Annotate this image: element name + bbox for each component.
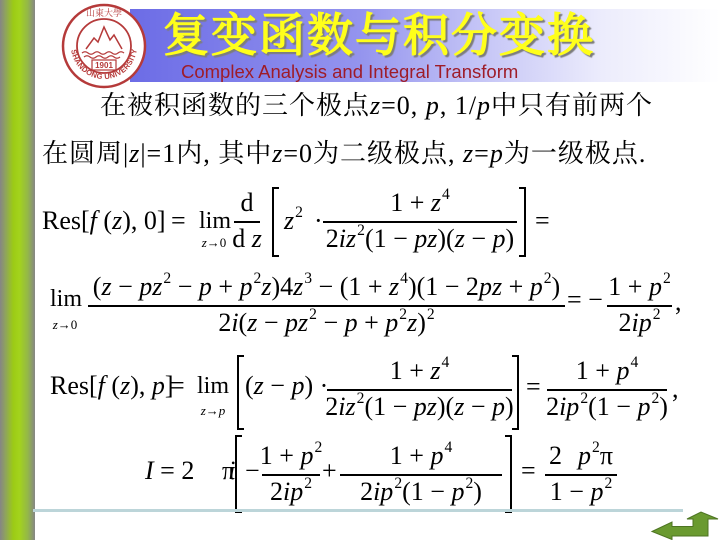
math-variable: z — [430, 356, 440, 385]
math-variable: z — [247, 308, 257, 337]
math-variable: p — [385, 308, 398, 337]
math-text: )4 — [271, 272, 293, 301]
fraction-denominator: 2ip2(1 − p2) — [310, 478, 532, 506]
math-text: = 2 — [154, 456, 195, 485]
math-text: ) — [659, 392, 668, 421]
math-text: ( — [105, 371, 120, 400]
math-text: π — [600, 441, 613, 470]
math-variable: ip — [373, 477, 393, 506]
fraction-numerator: 1 + p4 — [310, 442, 532, 470]
university-logo: SHANDONG UNIVERSITY 山東大學 1901 — [58, 2, 150, 90]
math-exponent: 2 — [604, 475, 612, 492]
math-exponent: 2 — [592, 439, 600, 456]
right-bracket — [519, 187, 526, 257]
math-exponent: 4 — [442, 186, 450, 203]
fraction-numerator: 1 + z4 — [297, 357, 542, 385]
math-variable: i — [231, 308, 238, 337]
math-text: − (1 + — [312, 272, 389, 301]
math-variable: z — [261, 272, 271, 301]
math-exponent: 2 — [651, 390, 659, 407]
math-text: (1 − — [588, 392, 637, 421]
math-variable: p — [649, 272, 662, 301]
fraction-numerator: 1 + p2 — [577, 273, 702, 301]
resp-lhs: Res[f (z), p] — [50, 371, 174, 401]
math-variable: z — [112, 206, 122, 235]
logo-top-text: 山東大學 — [86, 7, 122, 19]
logo-year: 1901 — [95, 61, 113, 70]
math-text: (1 − — [365, 224, 414, 253]
math-variable: p — [590, 477, 603, 506]
math-exponent: 4 — [442, 354, 450, 371]
equals-sign: = — [171, 206, 186, 236]
math-text: ) — [417, 308, 426, 337]
math-text: − — [171, 272, 199, 301]
math-exponent: 2 — [309, 306, 317, 323]
math-exponent: 2 — [163, 270, 171, 287]
math-variable: iz — [339, 224, 356, 253]
math-text: )(1 − 2 — [408, 272, 479, 301]
right-bracket — [505, 435, 512, 513]
math-variable: p — [345, 308, 358, 337]
math-variable: p — [490, 139, 504, 168]
fraction-numerator: 2p2π — [515, 442, 647, 470]
fraction-denominator: 2ip2 — [577, 309, 702, 337]
math-text: ) — [552, 272, 561, 301]
integral-lhs: I = 2 — [145, 456, 194, 486]
math-text: 2 — [618, 308, 631, 337]
equals-sign: = — [535, 206, 550, 236]
math-variable: ip — [559, 392, 579, 421]
fraction-denominator: 2i(z − pz2 − p + p2z)2 — [58, 309, 595, 337]
math-text: − — [257, 308, 285, 337]
math-text: − — [264, 371, 292, 400]
math-text: 2 — [270, 477, 283, 506]
left-side-bar — [0, 0, 35, 540]
fraction-numerator: (z − pz2 − p + p2z)4z3 − (1 + z4)(1 − 2p… — [58, 273, 595, 301]
text-run: , 1/ — [440, 91, 477, 120]
math-text: )( — [437, 392, 454, 421]
math-exponent: 4 — [444, 439, 452, 456]
math-variable: z — [120, 371, 130, 400]
fraction-numerator: 1 + p4 — [517, 357, 697, 385]
slide-subtitle: Complex Analysis and Integral Transform — [181, 62, 518, 82]
math-variable: p — [530, 272, 543, 301]
math-text: Res[ — [42, 206, 90, 235]
math-exponent: 2 — [357, 390, 365, 407]
math-text: ( — [97, 206, 112, 235]
math-variable: p — [451, 477, 464, 506]
math-variable: f — [90, 206, 97, 235]
fraction-bar — [547, 389, 667, 391]
limit-subscript: z→p — [195, 404, 231, 418]
back-navigation-button[interactable] — [650, 510, 720, 540]
math-exponent: 2 — [394, 475, 402, 492]
return-arrow-icon — [652, 512, 718, 540]
math-variable: z — [407, 308, 417, 337]
math-variable: p — [492, 392, 505, 421]
math-text: 1 + — [390, 356, 431, 385]
math-exponent: 2 — [399, 306, 407, 323]
comma: , — [675, 287, 682, 317]
math-variable: pz — [479, 272, 502, 301]
math-text: d — [232, 224, 252, 253]
math-text: (1 − — [402, 477, 451, 506]
res0-lhs: Res[f (z), 0] — [42, 206, 166, 236]
math-exponent: 2 — [580, 390, 588, 407]
math-variable: z — [431, 188, 441, 217]
math-variable: p — [637, 392, 650, 421]
math-variable: p — [199, 272, 212, 301]
math-exponent: 2 — [544, 270, 552, 287]
math-variable: p — [578, 441, 591, 470]
math-text: 1 + — [576, 356, 617, 385]
math-exponent: 4 — [400, 270, 408, 287]
math-variable: z — [254, 371, 264, 400]
math-text: 2 — [546, 392, 559, 421]
math-text: 2 — [325, 392, 338, 421]
math-variable: p — [219, 403, 226, 418]
math-text: 2 — [218, 308, 231, 337]
math-variable: z — [272, 139, 283, 168]
footer-divider — [33, 509, 683, 512]
math-text: 1 + — [260, 441, 301, 470]
math-text: + — [502, 272, 530, 301]
math-text: ), 0] — [122, 206, 165, 235]
limit-operator: lim — [197, 371, 229, 401]
math-exponent: 2 — [427, 306, 435, 323]
math-exponent: 3 — [304, 270, 312, 287]
math-variable: p — [493, 224, 506, 253]
math-exponent: 2 — [357, 222, 365, 239]
math-text: ) — [506, 224, 515, 253]
math-variable: p — [477, 91, 491, 120]
fraction-bar — [340, 474, 502, 476]
text-run: 中只有前两个 — [491, 91, 653, 120]
math-text: 1 + — [608, 272, 649, 301]
math-variable: ip — [283, 477, 303, 506]
text-run: |=1内, 其中 — [140, 139, 272, 168]
math-variable: pz — [414, 392, 437, 421]
math-text: ), — [130, 371, 152, 400]
math-variable: z — [101, 272, 111, 301]
math-exponent: 2 — [465, 475, 473, 492]
math-text: 1 + — [390, 188, 431, 217]
fraction-bar — [234, 221, 260, 223]
math-text: d — [241, 188, 254, 217]
math-variable: p — [426, 91, 440, 120]
text-run: 在被积函数的三个极点 — [100, 91, 370, 120]
math-exponent: 2 — [653, 306, 661, 323]
math-text: 1 + — [390, 441, 431, 470]
math-text: ( — [245, 371, 254, 400]
text-line-2: 在圆周|z|=1内, 其中z=0为二级极点, z=p为一级极点. — [42, 139, 646, 169]
comma: , — [672, 374, 679, 404]
math-variable: z — [454, 392, 464, 421]
math-text: 2 — [360, 477, 373, 506]
math-variable: f — [98, 371, 105, 400]
math-text: + — [212, 272, 240, 301]
text-run: =0, — [381, 91, 426, 120]
math-text: + — [358, 308, 386, 337]
text-run: 为一级极点. — [504, 139, 647, 168]
math-variable: z — [389, 272, 399, 301]
fraction-denominator: 2iz2(1 − pz)(z − p) — [297, 393, 542, 421]
math-variable: ip — [631, 308, 651, 337]
text-line-1: 在被积函数的三个极点z=0, p, 1/p中只有前两个 — [100, 91, 653, 121]
fraction-bar — [327, 389, 512, 391]
math-text: ( — [239, 308, 248, 337]
fraction-numerator: 1 + z4 — [293, 189, 547, 217]
math-exponent: 2 — [663, 270, 671, 287]
math-text: 1 − — [550, 477, 591, 506]
math-text: (1 − — [364, 392, 413, 421]
math-variable: z — [463, 139, 474, 168]
math-text: → — [206, 403, 219, 418]
math-variable: z — [455, 224, 465, 253]
text-run: 在圆周| — [42, 139, 129, 168]
equals-sign: = — [170, 371, 185, 401]
fraction-bar — [323, 221, 517, 223]
math-text: 2 — [326, 224, 339, 253]
slide-title: 复变函数与积分变换 — [163, 8, 595, 62]
math-exponent: 4 — [630, 354, 638, 371]
math-variable: z — [129, 139, 140, 168]
math-text: ) — [473, 477, 482, 506]
text-run: = — [474, 139, 490, 168]
fraction-denominator: 2ip2(1 − p2) — [517, 393, 697, 421]
math-variable: pz — [285, 308, 308, 337]
math-text: − — [465, 224, 493, 253]
math-variable: z — [252, 224, 262, 253]
math-variable: pz — [139, 272, 162, 301]
math-variable: p — [240, 272, 253, 301]
math-variable: pz — [414, 224, 437, 253]
math-text: − — [464, 392, 492, 421]
math-variable: z — [293, 272, 303, 301]
left-bracket — [237, 355, 244, 430]
math-text: − — [317, 308, 345, 337]
math-variable: iz — [338, 392, 355, 421]
fraction-bar — [88, 305, 565, 307]
math-variable: I — [145, 456, 154, 485]
fraction-denominator: 1 − p2 — [515, 478, 647, 506]
fraction-bar — [607, 305, 672, 307]
math-exponent: 2 — [254, 270, 262, 287]
math-variable: p — [616, 356, 629, 385]
math-text: − — [112, 272, 140, 301]
text-run: =0为二级极点, — [283, 139, 463, 168]
math-variable: p — [152, 371, 165, 400]
math-variable: z — [370, 91, 381, 120]
math-text: Res[ — [50, 371, 98, 400]
left-bracket — [272, 187, 279, 257]
fraction-denominator: 2iz2(1 − pz)(z − p) — [293, 225, 547, 253]
math-text: 2 — [549, 441, 562, 470]
math-variable: p — [430, 441, 443, 470]
math-text: )( — [437, 224, 454, 253]
